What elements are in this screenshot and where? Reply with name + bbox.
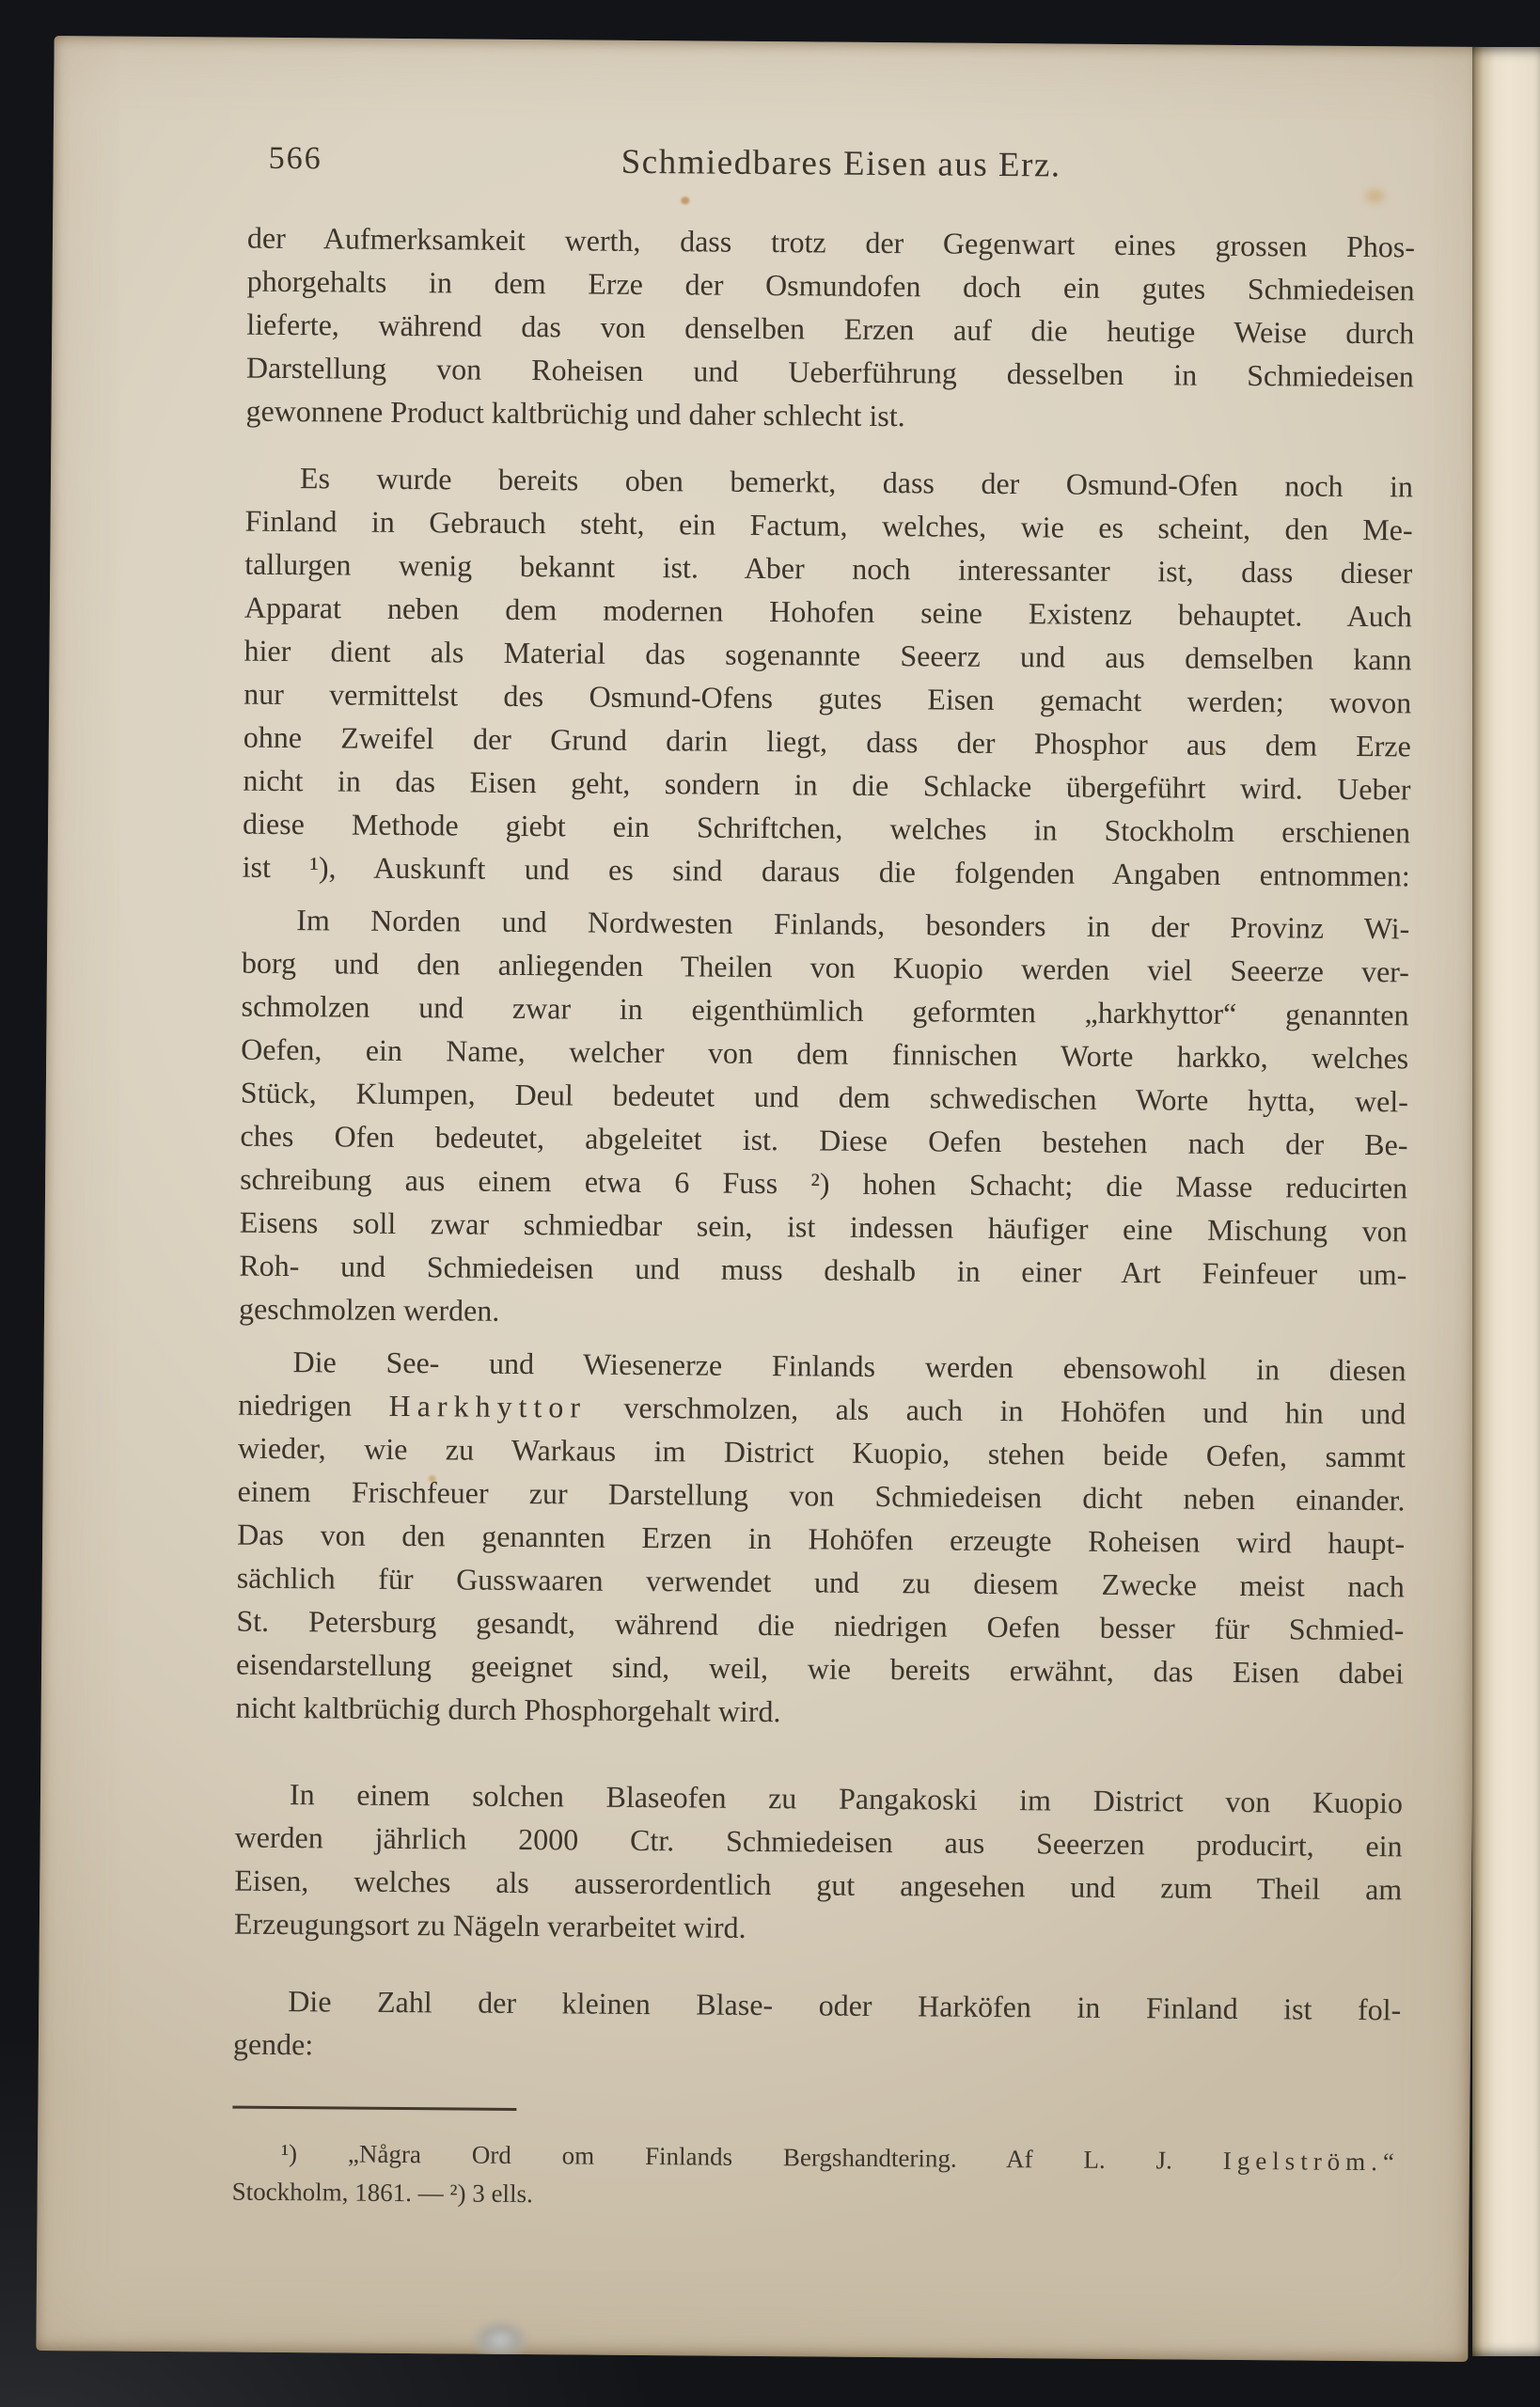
page-number: 566	[269, 141, 322, 177]
text-segment: niedrigen	[238, 1388, 352, 1423]
text-line: Erzeugungsort zu Nägeln verarbeitet wird…	[234, 1902, 1402, 1955]
paragraph-4: Die See- und Wiesenerze Finlands werden …	[236, 1340, 1406, 1738]
paragraph-3: Im Norden und Nordwesten Finlands, beson…	[239, 898, 1410, 1340]
paragraph-5: In einem solchen Blaseofen zu Pangakoski…	[234, 1772, 1403, 1955]
text-line: geschmolzen werden.	[239, 1287, 1406, 1340]
paragraph-6: Die Zahl der kleinen Blase- oder Harköfe…	[233, 1979, 1402, 2075]
running-title: Schmiedbares Eisen aus Erz.	[247, 139, 1415, 189]
text-line: gende:	[233, 2022, 1401, 2075]
text-segment-letterspaced: Igelström.“	[1223, 2147, 1400, 2176]
text-line: nicht kaltbrüchig durch Phosphorgehalt w…	[236, 1686, 1404, 1738]
foxing-stain	[1211, 748, 1218, 754]
scanner-background: 566 Schmiedbares Eisen aus Erz. der Aufm…	[0, 0, 1540, 2407]
foxing-stain	[429, 1475, 436, 1482]
text-segment: verschmolzen, als auch in Hohöfen und hi…	[623, 1391, 1406, 1431]
paragraph-1: der Aufmerksamkeit werth, dass trotz der…	[245, 216, 1415, 442]
text-line: ist ¹), Auskunft und es sind daraus die …	[243, 845, 1410, 898]
text-segment-letterspaced: Harkhyttor	[388, 1389, 587, 1424]
adjacent-page-edge	[1472, 47, 1540, 2356]
text-line: Die Zahl der kleinen Blase- oder Harköfe…	[233, 1979, 1401, 2032]
foxing-stain	[681, 197, 689, 204]
running-head: 566 Schmiedbares Eisen aus Erz.	[247, 139, 1415, 197]
scanner-tab-artifact	[470, 2319, 530, 2362]
footnote: ¹) „Några Ord om Finlands Bergshandterin…	[232, 2134, 1401, 2221]
paragraph-2: Es wurde bereits oben bemerkt, dass der …	[243, 456, 1414, 898]
footnote-separator-rule	[232, 2106, 516, 2111]
book-page: 566 Schmiedbares Eisen aus Erz. der Aufm…	[36, 36, 1485, 2362]
text-line: gewonnene Product kaltbrüchig und daher …	[245, 389, 1413, 442]
text-segment: ¹) „Några Ord om Finlands Bergshandterin…	[281, 2139, 1172, 2174]
foxing-stain	[1365, 189, 1384, 203]
